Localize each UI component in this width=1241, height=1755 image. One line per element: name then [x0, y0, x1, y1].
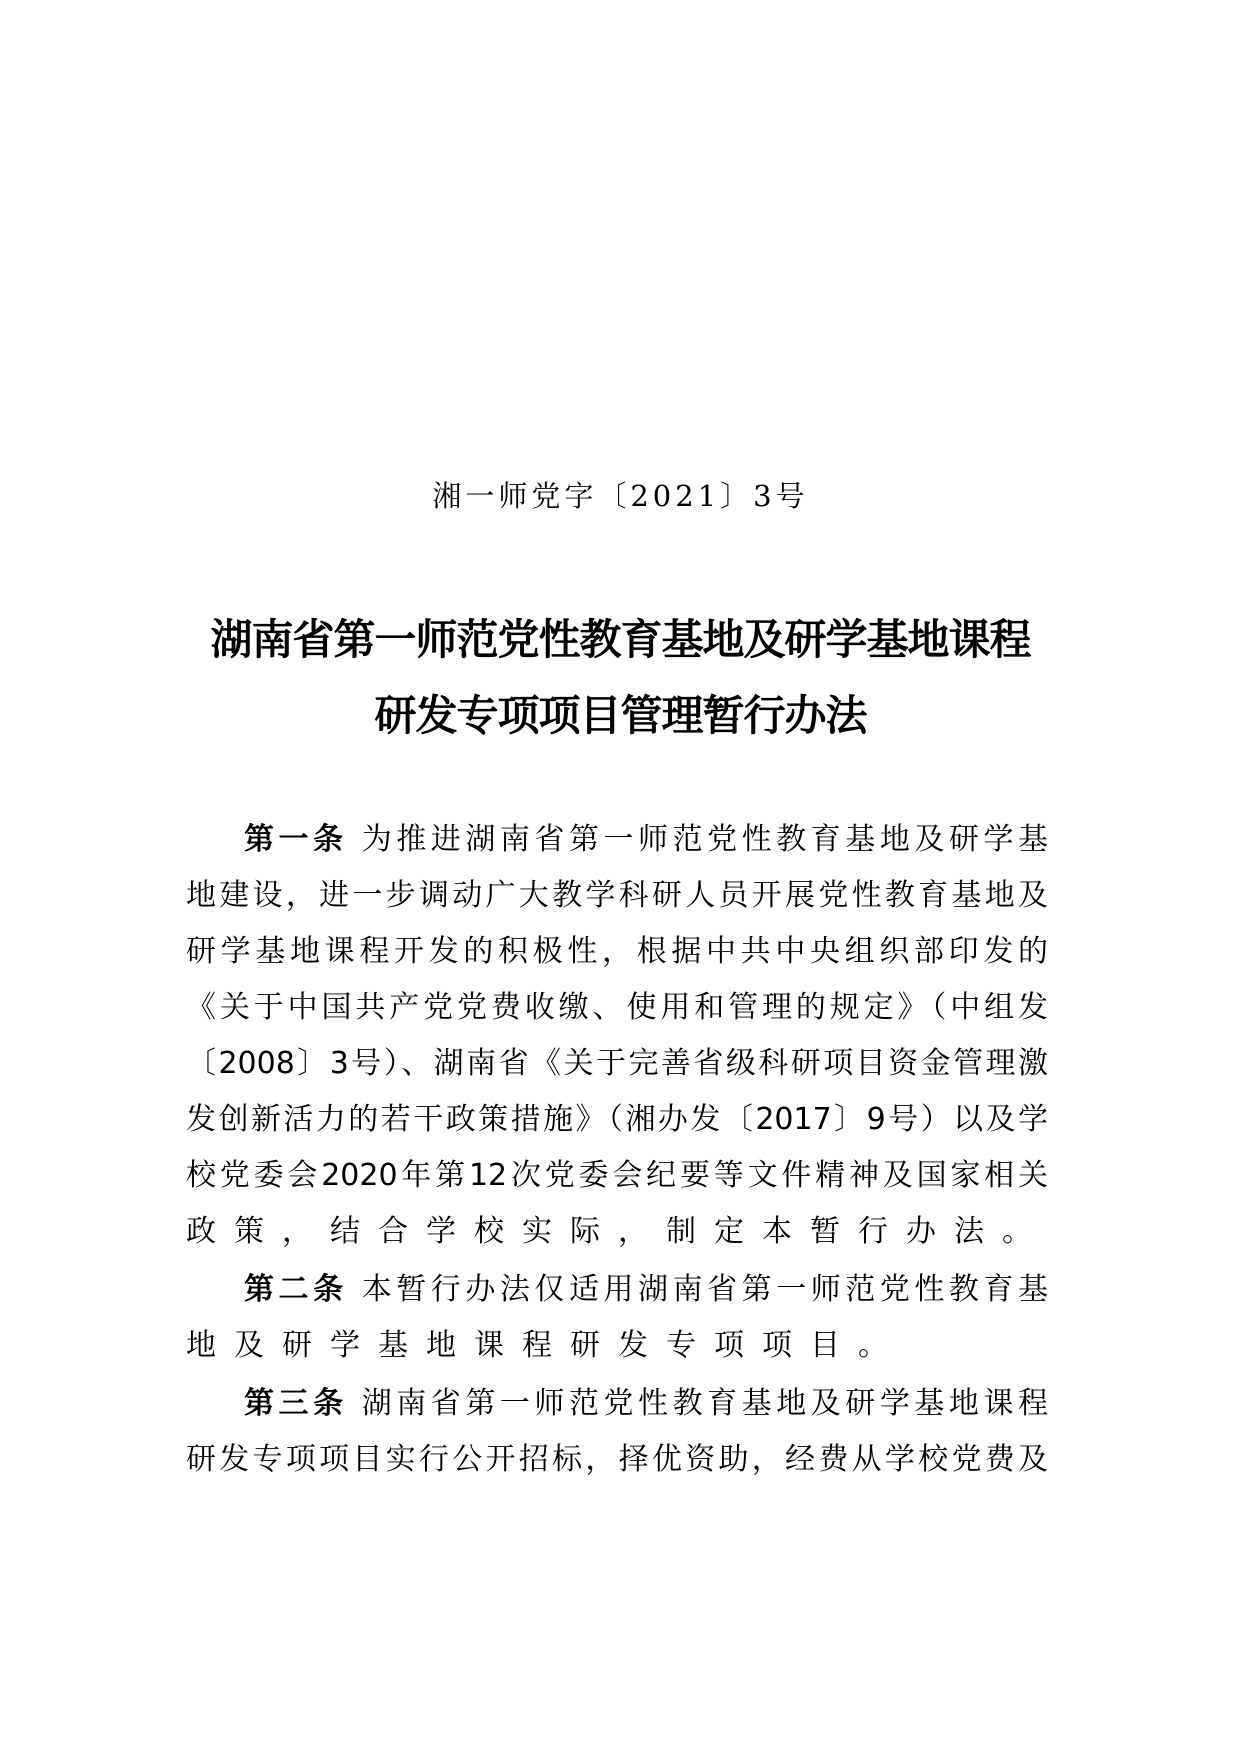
article-3-first-line: 第三条 湖南省第一师范党性教育基地及研学基地课程 [244, 1380, 1048, 1428]
article-3-text: 湖南省第一师范党性教育基地及研学基地课程 [362, 1386, 1048, 1421]
document-title-line-2: 研发专项项目管理暂行办法 [0, 688, 1241, 744]
article-2-text: 本暂行办法仅适用湖南省第一师范党性教育基 [362, 1272, 1048, 1307]
article-1-line: 《关于中国共产党党费收缴、使用和管理的规定》（中组发 [186, 984, 1048, 1032]
article-1-line: 政策，结合学校实际，制定本暂行办法。 [186, 1208, 1048, 1256]
document-number: 湘一师党字〔2021〕3号 [0, 476, 1241, 516]
article-2-first-line: 第二条 本暂行办法仅适用湖南省第一师范党性教育基 [244, 1266, 1048, 1314]
article-2-label: 第二条 [244, 1272, 348, 1307]
document-title-line-1: 湖南省第一师范党性教育基地及研学基地课程 [0, 612, 1241, 668]
article-1-line: 研学基地课程开发的积极性，根据中共中央组织部印发的 [186, 928, 1048, 976]
article-3-label: 第三条 [244, 1386, 348, 1421]
article-1-line: 地建设，进一步调动广大教学科研人员开展党性教育基地及 [186, 872, 1048, 920]
article-2-line: 地及研学基地课程研发专项项目。 [186, 1322, 1048, 1370]
document-page: 湘一师党字〔2021〕3号 湖南省第一师范党性教育基地及研学基地课程 研发专项项… [0, 0, 1241, 1755]
article-3-line: 研发专项项目实行公开招标，择优资助，经费从学校党费及 [186, 1436, 1048, 1484]
article-1-label: 第一条 [244, 822, 348, 857]
article-1-text: 为推进湖南省第一师范党性教育基地及研学基 [362, 822, 1048, 857]
article-1-line: 〔2008〕3号）、湖南省《关于完善省级科研项目资金管理激 [186, 1040, 1048, 1088]
article-1-first-line: 第一条 为推进湖南省第一师范党性教育基地及研学基 [244, 816, 1048, 864]
article-1-line: 校党委会2020年第12次党委会纪要等文件精神及国家相关 [186, 1152, 1048, 1200]
article-1-line: 发创新活力的若干政策措施》（湘办发〔2017〕9号）以及学 [186, 1096, 1048, 1144]
